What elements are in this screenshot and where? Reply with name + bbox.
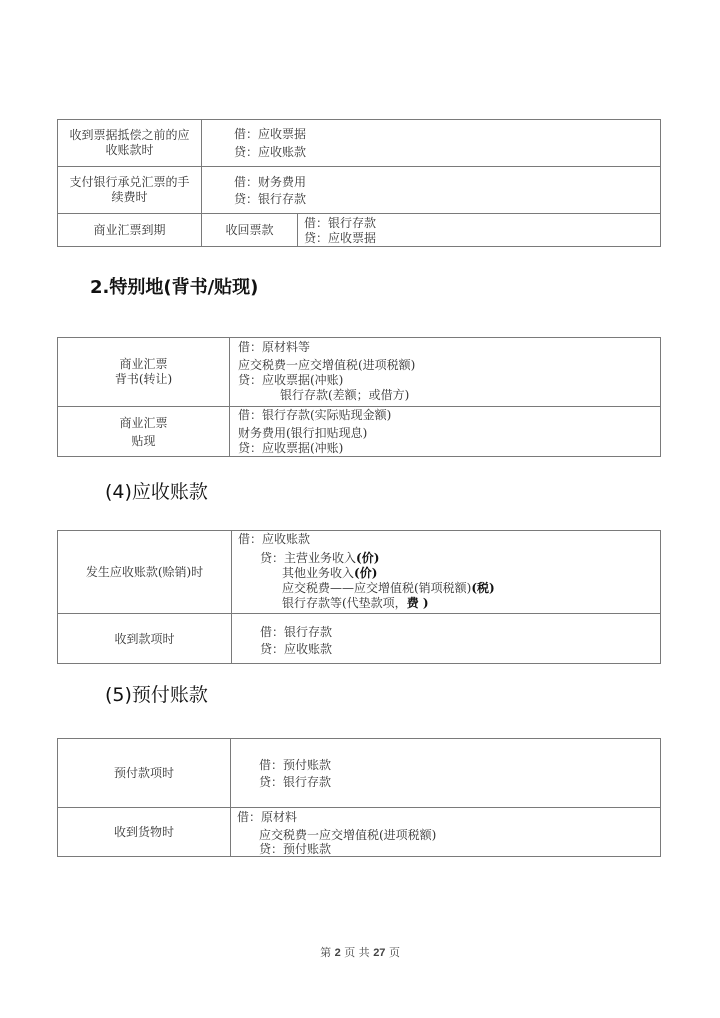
row-entries: 借：银行存款 贷：应收账款 — [231, 614, 660, 664]
table-row: 预付款项时 借：预付账款 贷：银行存款 — [58, 739, 660, 807]
row-entries: 借：应收票据 贷：应收账款 — [201, 120, 660, 166]
row-label: 发生应收账款(赊销)时 — [58, 531, 231, 613]
row-label: 收到货物时 — [58, 808, 230, 857]
row-label: 商业汇票 贴现 — [58, 407, 229, 457]
row-entries: 借：财务费用 贷：银行存款 — [201, 167, 660, 213]
table-row: 收到票据抵偿之前的应 收账款时 借：应收票据 贷：应收账款 — [58, 120, 660, 166]
table-row: 支付银行承兑汇票的手 续费时 借：财务费用 贷：银行存款 — [58, 166, 660, 213]
row-label: 商业汇票 背书(转让) — [58, 338, 229, 406]
row-entries: 借：预付账款 贷：银行存款 — [230, 739, 660, 807]
row-label: 预付款项时 — [58, 739, 230, 807]
table-prepayments: 预付款项时 借：预付账款 贷：银行存款 收到货物时 借：原材料 应交税费一应交增… — [57, 738, 661, 857]
row-entries: 借：原材料等 应交税费一应交增值税(进项税额) 贷：应收票据(冲账) 银行存款(… — [229, 338, 660, 406]
row-label: 收到票据抵偿之前的应 收账款时 — [58, 120, 201, 166]
row-label: 商业汇票到期 — [58, 214, 201, 247]
row-entries: 借：银行存款 贷：应收票据 — [297, 214, 660, 247]
table-notes-receivable: 收到票据抵偿之前的应 收账款时 借：应收票据 贷：应收账款 支付银行承兑汇票的手… — [57, 119, 661, 247]
table-row: 商业汇票 贴现 借：银行存款(实际贴现金额) 财务费用(银行扣贴现息) 贷：应收… — [58, 406, 660, 457]
page-number: 第 2 页 共 27 页 — [0, 944, 720, 960]
table-endorse-discount: 商业汇票 背书(转让) 借：原材料等 应交税费一应交增值税(进项税额) 贷：应收… — [57, 337, 661, 457]
row-label: 收到款项时 — [58, 614, 231, 664]
table-row: 商业汇票到期 收回票款 借：银行存款 贷：应收票据 — [58, 213, 660, 247]
table-row: 发生应收账款(赊销)时 借：应收账款 贷：主营业务收入(价) 其他业务收入(价)… — [58, 531, 660, 613]
row-entries: 借：银行存款(实际贴现金额) 财务费用(银行扣贴现息) 贷：应收票据(冲账) — [229, 407, 660, 457]
table-row: 商业汇票 背书(转让) 借：原材料等 应交税费一应交增值税(进项税额) 贷：应收… — [58, 338, 660, 406]
section-heading: (4)应收账款 — [105, 477, 208, 504]
section-heading: 2.特别地(背书/贴现) — [90, 273, 258, 299]
row-entries: 借：原材料 应交税费一应交增值税(进项税额) 贷：预付账款 — [230, 808, 660, 857]
table-accounts-receivable: 发生应收账款(赊销)时 借：应收账款 贷：主营业务收入(价) 其他业务收入(价)… — [57, 530, 661, 664]
row-mid: 收回票款 — [201, 214, 297, 247]
table-row: 收到货物时 借：原材料 应交税费一应交增值税(进项税额) 贷：预付账款 — [58, 807, 660, 857]
row-entries: 借：应收账款 贷：主营业务收入(价) 其他业务收入(价) 应交税费——应交增值税… — [231, 531, 660, 613]
table-row: 收到款项时 借：银行存款 贷：应收账款 — [58, 613, 660, 664]
row-label: 支付银行承兑汇票的手 续费时 — [58, 167, 201, 213]
section-heading: (5)预付账款 — [105, 680, 208, 707]
